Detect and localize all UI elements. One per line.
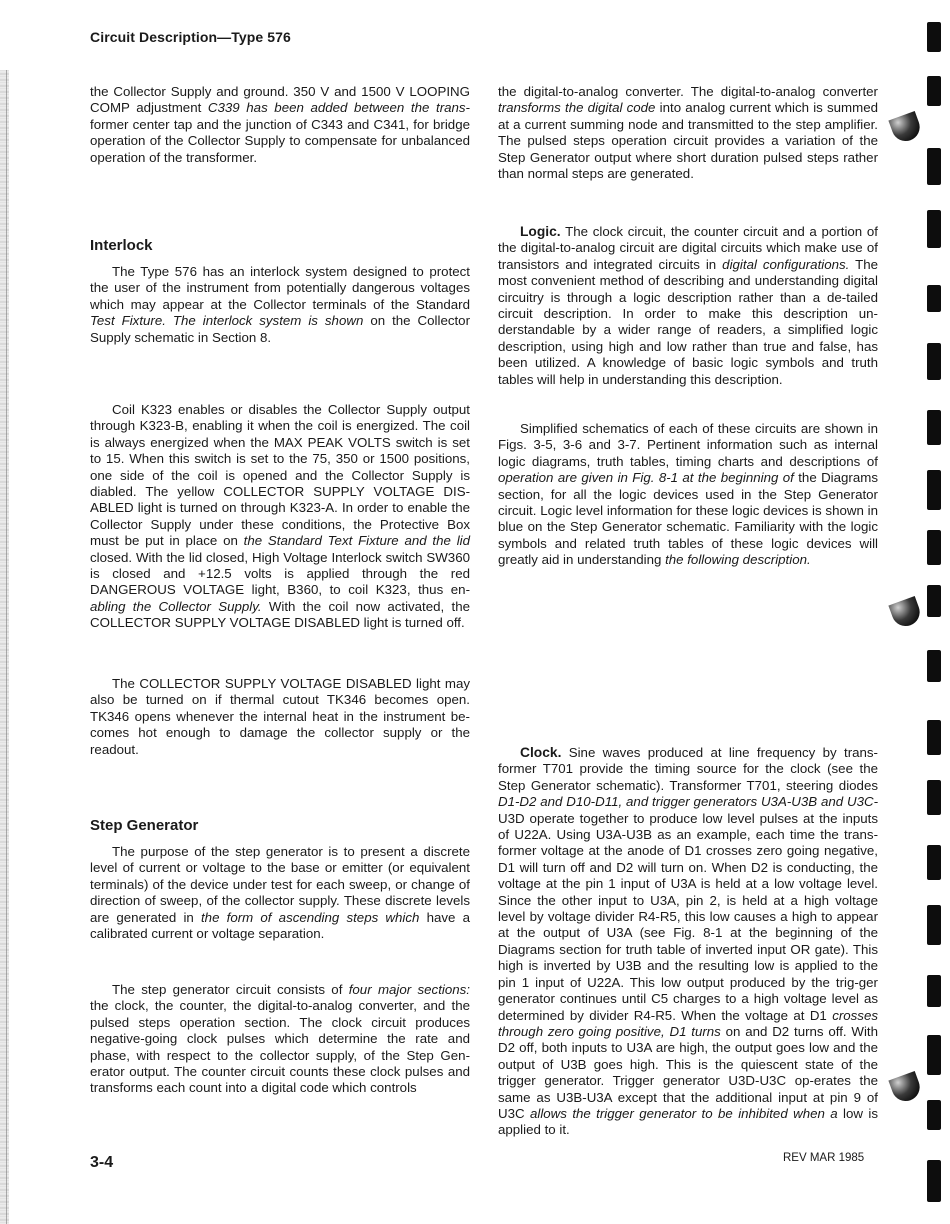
binding-punch-mark: [927, 210, 941, 248]
run-in-heading-logic: Logic.: [520, 224, 561, 239]
paragraph-simplified-schematics: Simplified schematics of each of these c…: [498, 421, 878, 569]
ring-binder-hole-shadow: [888, 596, 923, 630]
paragraph-clock: Clock. Sine waves produced at line frequ…: [498, 745, 878, 1139]
binding-punch-mark: [927, 22, 941, 52]
paragraph-step-generator-sections: The step generator circuit consists of f…: [90, 982, 470, 1097]
binding-punch-mark: [927, 780, 941, 815]
binding-punch-mark: [927, 285, 941, 312]
binding-punch-mark: [927, 530, 941, 565]
binding-punch-mark: [927, 905, 941, 945]
ring-binder-hole-shadow: [888, 1071, 923, 1105]
paragraph-thermal-cutout: The COLLECTOR SUPPLY VOLTAGE DISABLED li…: [90, 676, 470, 758]
binding-punch-mark: [927, 1100, 941, 1130]
binding-punch-mark: [927, 720, 941, 755]
page-number: 3-4: [90, 1154, 113, 1172]
scan-edge-shadow: [0, 70, 9, 1224]
paragraph-collector-supply: the Collector Supply and ground. 350 V a…: [90, 84, 470, 166]
binding-punch-mark: [927, 148, 941, 185]
paragraph-interlock-intro: The Type 576 has an interlock system des…: [90, 264, 470, 346]
binding-punch-mark: [927, 343, 941, 380]
revision-date: REV MAR 1985: [783, 1152, 864, 1164]
binding-punch-mark: [927, 845, 941, 880]
binding-punch-mark: [927, 470, 941, 510]
scan-edge-line: [6, 70, 7, 1224]
paragraph-step-generator-purpose: The purpose of the step generator is to …: [90, 844, 470, 942]
binding-punch-mark: [927, 76, 941, 106]
binding-punch-mark: [927, 650, 941, 682]
paragraph-logic: Logic. The clock circuit, the counter ci…: [498, 224, 878, 388]
heading-interlock: Interlock: [90, 238, 153, 254]
run-in-heading-clock: Clock.: [520, 745, 561, 760]
binding-punch-mark: [927, 410, 941, 445]
binding-punch-mark: [927, 585, 941, 617]
binding-punch-mark: [927, 975, 941, 1007]
heading-step-generator: Step Generator: [90, 818, 198, 834]
running-head: Circuit Description—Type 576: [90, 29, 291, 45]
ring-binder-hole-shadow: [888, 111, 923, 145]
binding-punch-mark: [927, 1160, 941, 1202]
paragraph-dac: the digital-to-analog converter. The dig…: [498, 84, 878, 182]
paragraph-coil-k323: Coil K323 enables or disables the Collec…: [90, 402, 470, 632]
binding-punch-mark: [927, 1035, 941, 1075]
